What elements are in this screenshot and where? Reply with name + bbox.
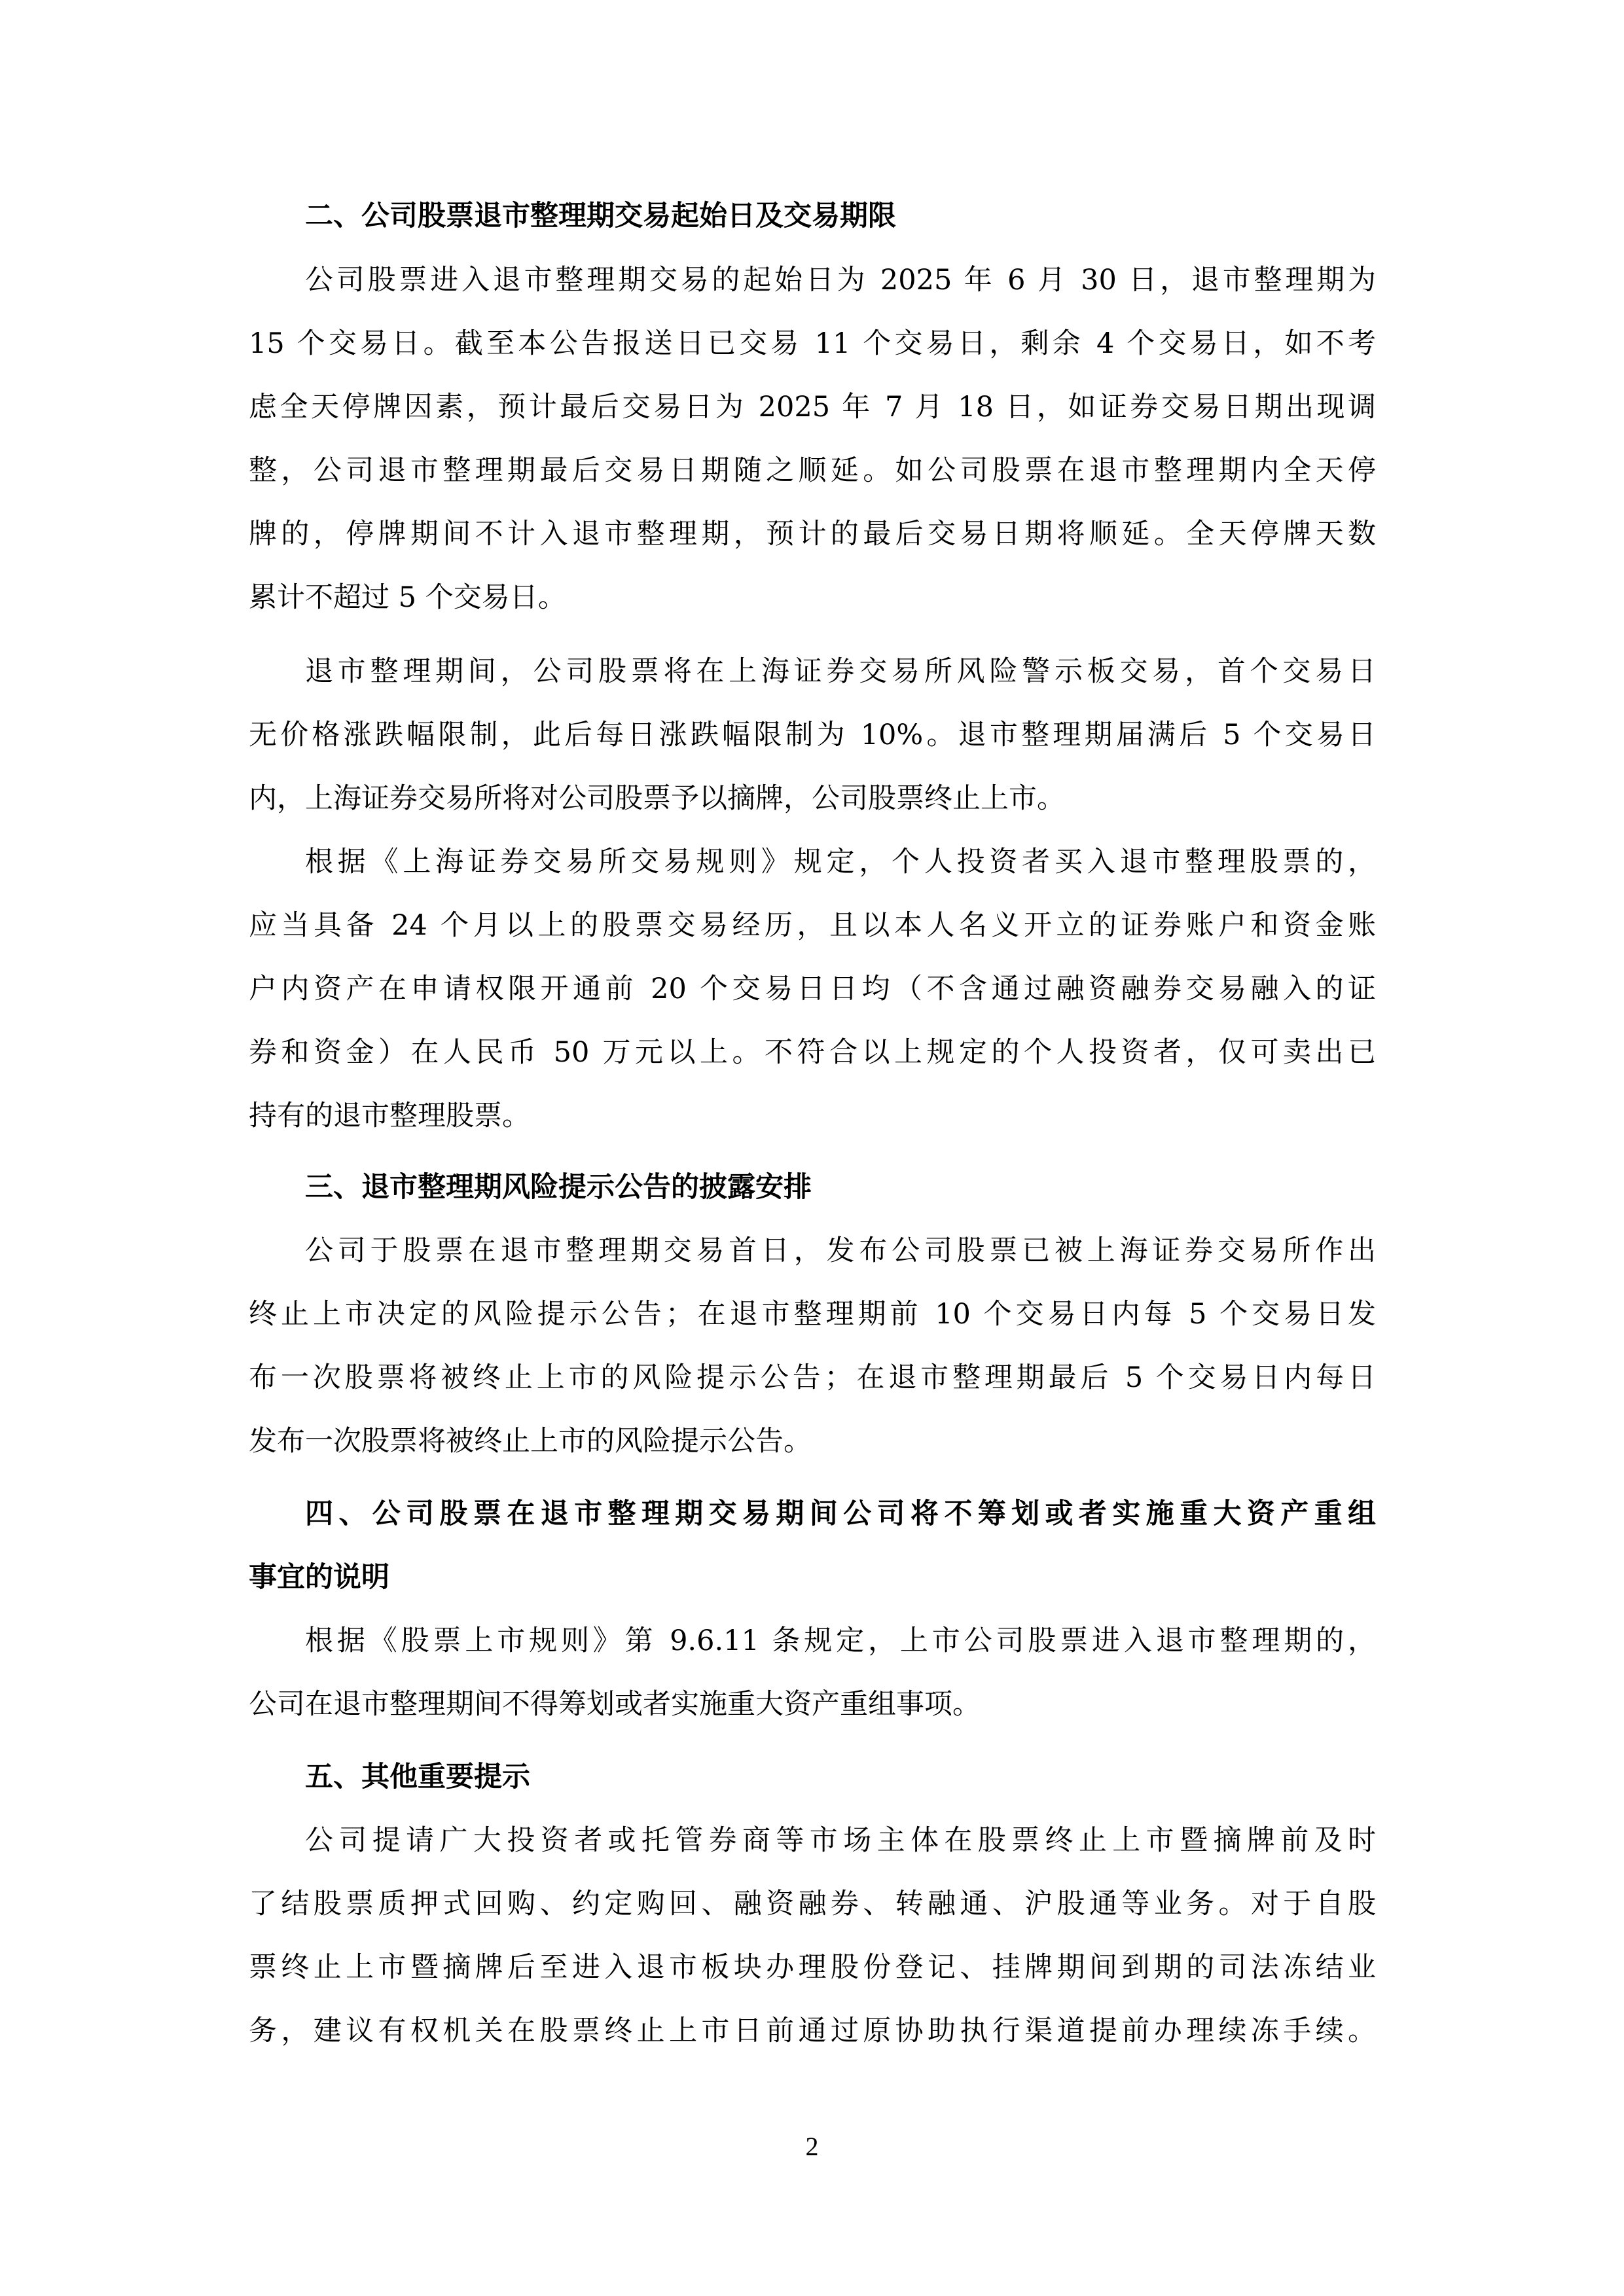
paragraph-line: 无价格涨跌幅限制，此后每日涨跌幅限制为 10%。退市整理期届满后 5 个交易日 (249, 704, 1376, 767)
paragraph-line: 根据《股票上市规则》第 9.6.11 条规定，上市公司股票进入退市整理期的， (305, 1609, 1376, 1673)
section-heading-4-continued: 事宜的说明 (249, 1546, 1376, 1609)
section-heading-2: 二、公司股票退市整理期交易起始日及交易期限 (305, 185, 1376, 248)
paragraph-line: 公司提请广大投资者或托管券商等市场主体在股票终止上市暨摘牌前及时 (305, 1809, 1376, 1873)
paragraph-line: 户内资产在申请权限开通前 20 个交易日日均（不含通过融资融券交易融入的证 (249, 958, 1376, 1021)
paragraph-line: 票终止上市暨摘牌后至进入退市板块办理股份登记、挂牌期间到期的司法冻结业 (249, 1936, 1376, 2000)
paragraph-line: 虑全天停牌因素，预计最后交易日为 2025 年 7 月 18 日，如证券交易日期… (249, 376, 1376, 439)
paragraph-line: 发布一次股票将被终止上市的风险提示公告。 (249, 1410, 1376, 1473)
paragraph-line: 应当具备 24 个月以上的股票交易经历，且以本人名义开立的证券账户和资金账 (249, 894, 1376, 958)
paragraph-line: 券和资金）在人民币 50 万元以上。不符合以上规定的个人投资者，仅可卖出已 (249, 1021, 1376, 1085)
paragraph-line: 退市整理期间，公司股票将在上海证券交易所风险警示板交易，首个交易日 (305, 640, 1376, 704)
paragraph-line: 了结股票质押式回购、约定购回、融资融券、转融通、沪股通等业务。对于自股 (249, 1873, 1376, 1936)
paragraph-line: 内，上海证券交易所将对公司股票予以摘牌，公司股票终止上市。 (249, 767, 1376, 831)
paragraph-line: 累计不超过 5 个交易日。 (249, 566, 1376, 630)
paragraph-line: 整，公司退市整理期最后交易日期随之顺延。如公司股票在退市整理期内全天停 (249, 439, 1376, 503)
paragraph-line: 公司在退市整理期间不得筹划或者实施重大资产重组事项。 (249, 1673, 1376, 1736)
paragraph-line: 终止上市决定的风险提示公告；在退市整理期前 10 个交易日内每 5 个交易日发 (249, 1283, 1376, 1346)
document-page: 二、公司股票退市整理期交易起始日及交易期限 公司股票进入退市整理期交易的起始日为… (0, 0, 1624, 2296)
paragraph-line: 持有的退市整理股票。 (249, 1085, 1376, 1148)
section-heading-5: 五、其他重要提示 (305, 1746, 1376, 1809)
section-heading-3: 三、退市整理期风险提示公告的披露安排 (305, 1156, 1376, 1219)
paragraph-line: 务，建议有权机关在股票终止上市日前通过原协助执行渠道提前办理续冻手续。 (249, 2000, 1376, 2063)
paragraph-line: 布一次股票将被终止上市的风险提示公告；在退市整理期最后 5 个交易日内每日 (249, 1346, 1376, 1410)
paragraph-line: 公司于股票在退市整理期交易首日，发布公司股票已被上海证券交易所作出 (305, 1219, 1376, 1283)
paragraph-line: 根据《上海证券交易所交易规则》规定，个人投资者买入退市整理股票的， (305, 831, 1376, 894)
section-heading-4: 四、公司股票在退市整理期交易期间公司将不筹划或者实施重大资产重组 (305, 1482, 1376, 1546)
page-number: 2 (0, 2127, 1624, 2166)
paragraph-line: 牌的，停牌期间不计入退市整理期，预计的最后交易日期将顺延。全天停牌天数 (249, 503, 1376, 566)
paragraph-line: 15 个交易日。截至本公告报送日已交易 11 个交易日，剩余 4 个交易日，如不… (249, 312, 1376, 376)
paragraph-line: 公司股票进入退市整理期交易的起始日为 2025 年 6 月 30 日，退市整理期… (305, 249, 1376, 312)
